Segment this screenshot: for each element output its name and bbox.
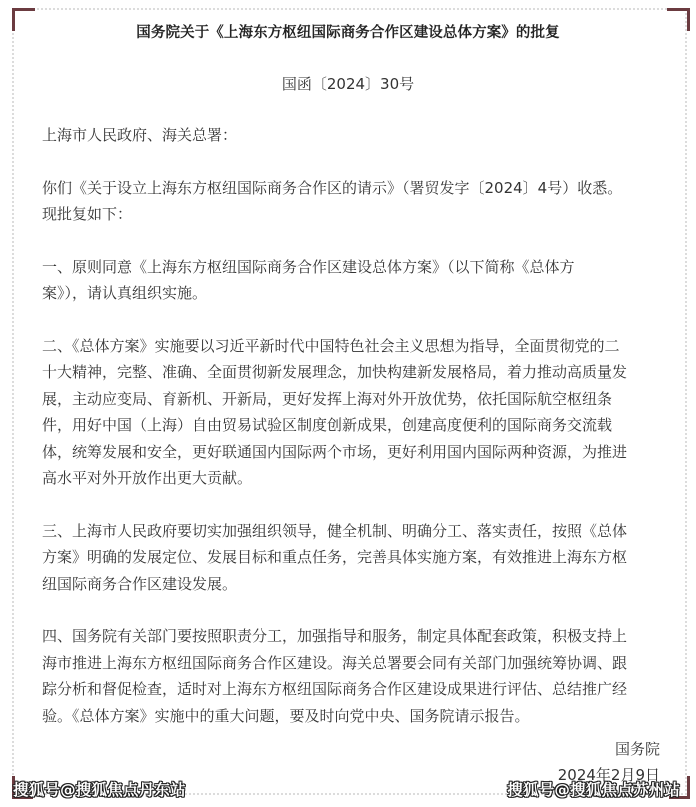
paragraph-line: 体，统筹发展和安全，更好联通国内国际两个市场，更好利用国内国际两种资源，为推进 <box>42 439 652 466</box>
paragraph-line: 一、原则同意《上海东方枢纽国际商务合作区建设总体方案》（以下简称《总体方 <box>42 254 652 281</box>
intro-line: 现批复如下： <box>42 201 652 228</box>
paragraph-line: 验。《总体方案》实施中的重大问题，要及时向党中央、国务院请示报告。 <box>42 703 652 730</box>
paragraph-line: 方案》明确的发展定位、发展目标和重点任务，完善具体实施方案，有效推进上海东方枢 <box>42 544 652 571</box>
paragraph-2: 二、《总体方案》实施要以习近平新时代中国特色社会主义思想为指导，全面贯彻党的二 … <box>42 333 652 492</box>
paragraph-line: 展，主动应变局、育新机、开新局，更好发挥上海对外开放优势，依托国际航空枢纽条 <box>42 386 652 413</box>
signature-organization: 国务院 <box>615 738 660 759</box>
paragraph-line: 二、《总体方案》实施要以习近平新时代中国特色社会主义思想为指导，全面贯彻党的二 <box>42 333 652 360</box>
paragraph-line: 案》），请认真组织实施。 <box>42 280 652 307</box>
paragraph-line: 踪分析和督促检查，适时对上海东方枢纽国际商务合作区建设成果进行评估、总结推广经 <box>42 676 652 703</box>
paragraph-line: 四、国务院有关部门要按照职责分工，加强指导和服务，制定具体配套政策，积极支持上 <box>42 623 652 650</box>
paragraph-line: 高水平对外开放作出更大贡献。 <box>42 465 652 492</box>
intro-line: 你们《关于设立上海东方枢纽国际商务合作区的请示》（署贸发字〔2024〕4号）收悉… <box>42 175 652 202</box>
document-body: 上海市人民政府、海关总署： 你们《关于设立上海东方枢纽国际商务合作区的请示》（署… <box>42 122 652 729</box>
intro-paragraph: 你们《关于设立上海东方枢纽国际商务合作区的请示》（署贸发字〔2024〕4号）收悉… <box>42 175 652 228</box>
paragraph-3: 三、上海市人民政府要切实加强组织领导，健全机制、明确分工、落实责任，按照《总体 … <box>42 518 652 598</box>
watermark-left: 搜狐号@搜狐焦点丹东站 <box>13 778 186 800</box>
paragraph-4: 四、国务院有关部门要按照职责分工，加强指导和服务，制定具体配套政策，积极支持上 … <box>42 623 652 729</box>
paragraph-line: 海市推进上海东方枢纽国际商务合作区建设。海关总署要会同有关部门加强统筹协调、跟 <box>42 650 652 677</box>
paragraph-line: 纽国际商务合作区建设发展。 <box>42 571 652 598</box>
paragraph-line: 十大精神，完整、准确、全面贯彻新发展理念，加快构建新发展格局，着力推动高质量发 <box>42 359 652 386</box>
document-number: 国函〔2024〕30号 <box>0 73 696 94</box>
document-title: 国务院关于《上海东方枢纽国际商务合作区建设总体方案》的批复 <box>0 21 696 42</box>
paragraph-line: 件，用好中国（上海）自由贸易试验区制度创新成果，创建高度便利的国际商务交流载 <box>42 412 652 439</box>
addressee: 上海市人民政府、海关总署： <box>42 122 652 149</box>
paragraph-1: 一、原则同意《上海东方枢纽国际商务合作区建设总体方案》（以下简称《总体方 案》）… <box>42 254 652 307</box>
paragraph-line: 三、上海市人民政府要切实加强组织领导，健全机制、明确分工、落实责任，按照《总体 <box>42 518 652 545</box>
watermark-right: 搜狐号@搜狐焦点苏州站 <box>507 778 680 800</box>
